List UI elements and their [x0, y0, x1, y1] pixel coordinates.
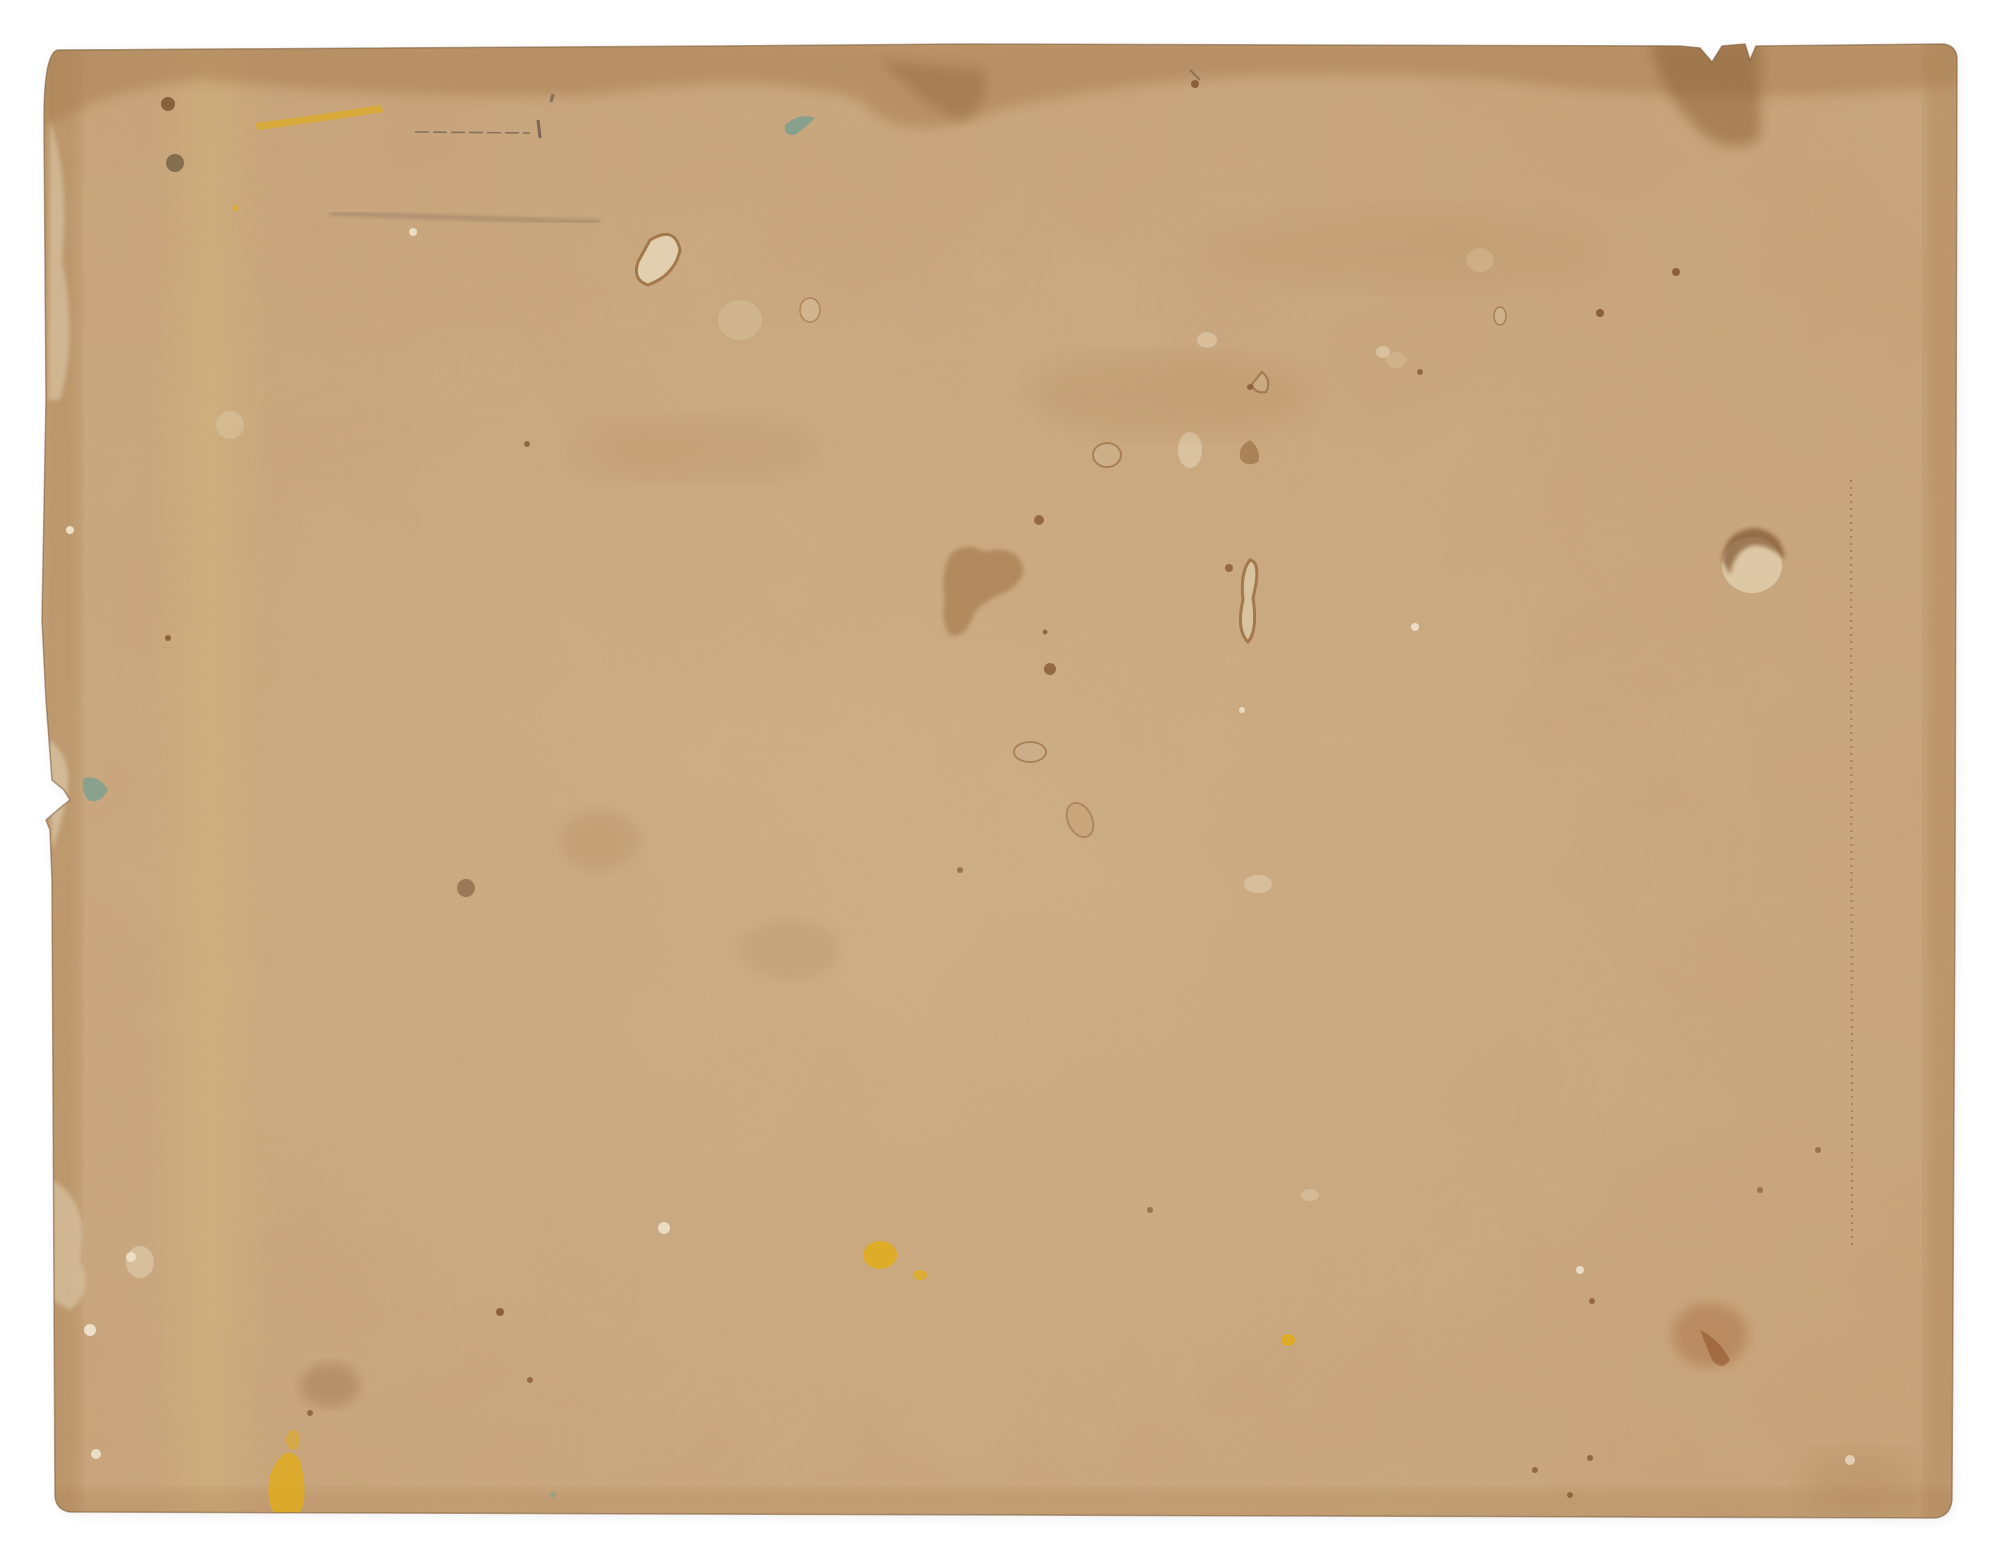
photo-stage: Reverse side of an aged, stained paper/c… — [0, 0, 2000, 1550]
aged-paper-sheet — [0, 0, 2000, 1550]
